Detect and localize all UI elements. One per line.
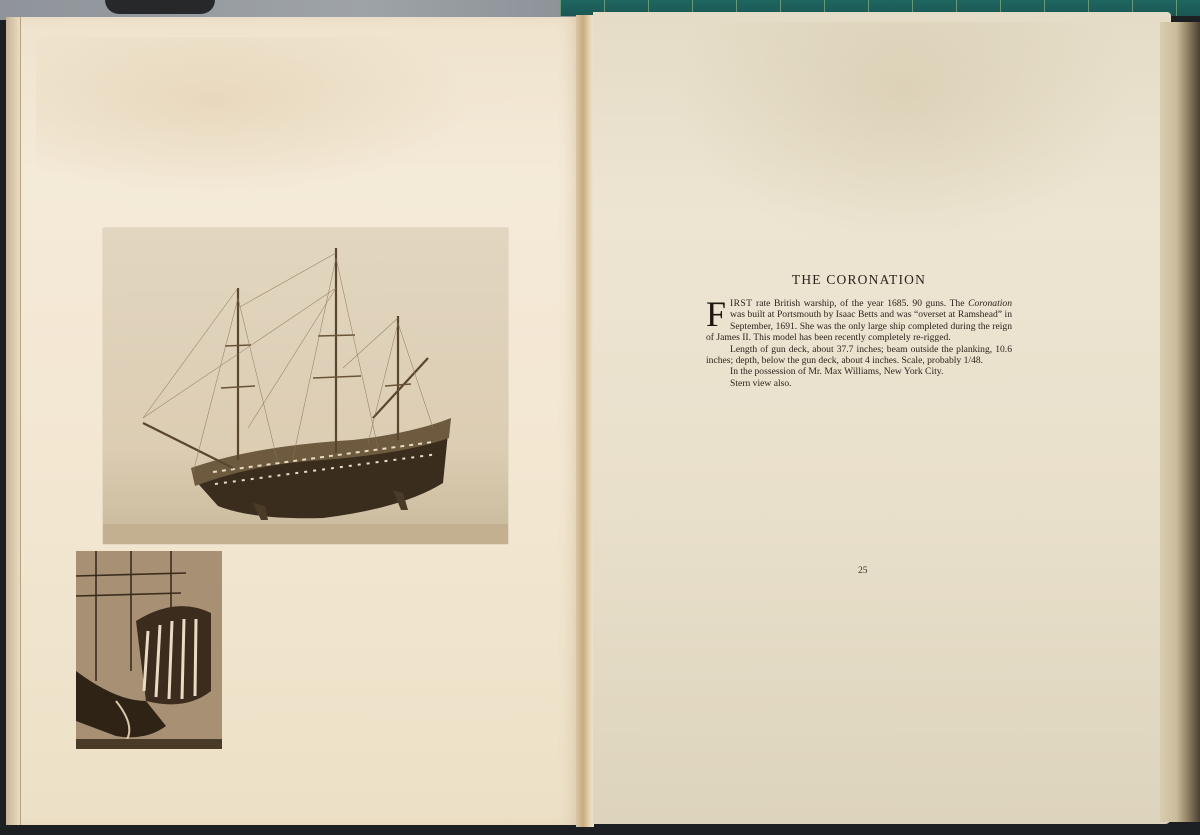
ship-illustration-icon [103,228,508,544]
ship-model-photo [103,228,508,544]
paragraph-stern-note: Stern view also. [706,378,1012,389]
paper-stain [673,22,1133,252]
article-text: THE CORONATION FIRST rate British warshi… [706,272,1012,389]
deckled-page-edges [1160,22,1200,822]
ship-stern-photo [76,551,222,749]
paragraph-ownership: In the possession of Mr. Max Williams, N… [706,366,1012,377]
right-page [593,12,1171,824]
paragraph-description: FIRST rate British warship, of the year … [706,298,1012,344]
paragraph-text: rate British warship, of the year 1685. … [752,298,968,309]
page-title: THE CORONATION [706,272,1012,288]
book-gutter [576,15,594,827]
ship-stern-illustration-icon [76,551,222,749]
ship-name: Coronation [968,298,1012,309]
paragraph-text: was built at Portsmouth by Isaac Betts a… [706,309,1012,343]
paper-stain [36,37,476,197]
paragraph-dimensions: Length of gun deck, about 37.7 inches; b… [706,344,1012,367]
page-number: 25 [858,566,868,576]
drop-cap: F [706,300,726,328]
lead-word: IRST [730,298,752,309]
background-object [105,0,215,14]
